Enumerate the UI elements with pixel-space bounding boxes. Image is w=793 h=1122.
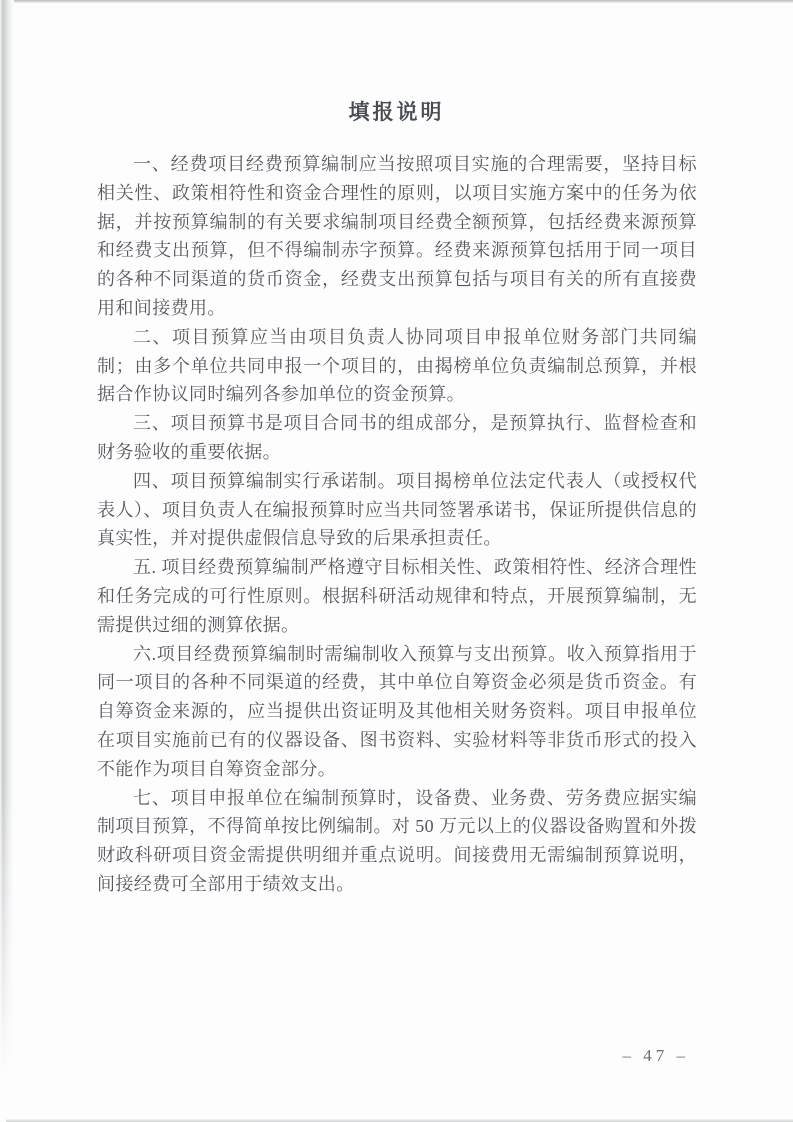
page-number: – 47 – <box>623 1046 690 1066</box>
instruction-paragraph: 一、经费项目经费预算编制应当按照项目实施的合理需要，坚持目标相关性、政策相符性和… <box>97 150 697 323</box>
document-page: 填报说明 一、经费项目经费预算编制应当按照项目实施的合理需要，坚持目标相关性、政… <box>0 0 793 1122</box>
instruction-paragraph: 三、项目预算书是项目合同书的组成部分，是预算执行、监督检查和财务验收的重要依据。 <box>97 409 697 467</box>
scan-edge-left <box>0 0 14 1122</box>
instruction-paragraph: 二、项目预算应当由项目负责人协同项目申报单位财务部门共同编制；由多个单位共同申报… <box>97 323 697 409</box>
instruction-paragraph: 七、项目申报单位在编制预算时，设备费、业务费、劳务费应据实编制项目预算，不得简单… <box>97 784 697 899</box>
instruction-paragraph: 六.项目经费预算编制时需编制收入预算与支出预算。收入预算指用于同一项目的各种不同… <box>97 640 697 784</box>
instruction-paragraph: 五. 项目经费预算编制严格遵守目标相关性、政策相符性、经济合理性和任务完成的可行… <box>97 553 697 639</box>
instructions-body: 一、经费项目经费预算编制应当按照项目实施的合理需要，坚持目标相关性、政策相符性和… <box>97 150 697 899</box>
instruction-paragraph: 四、项目预算编制实行承诺制。项目揭榜单位法定代表人（或授权代表人）、项目负责人在… <box>97 467 697 553</box>
page-title: 填报说明 <box>0 96 793 126</box>
scan-edge-top <box>0 0 793 3</box>
